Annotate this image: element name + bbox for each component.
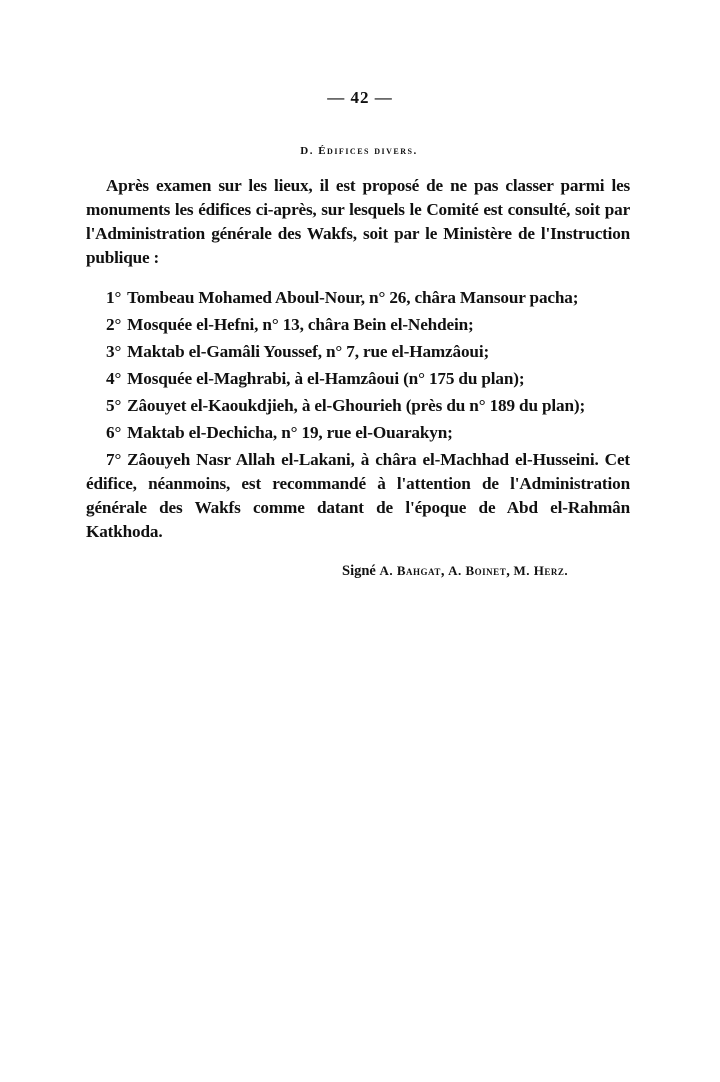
item-number: 5° [106, 396, 121, 415]
item-number: 3° [106, 342, 121, 361]
item-text: Tombeau Mohamed Aboul-Nour, n° 26, châra… [127, 288, 578, 307]
list-item: 1°Tombeau Mohamed Aboul-Nour, n° 26, châ… [86, 286, 630, 310]
signature: Signé A. Bahgat, A. Boinet, M. Herz. [342, 563, 568, 580]
signature-prefix: Signé [342, 563, 376, 579]
list-item: 2°Mosquée el-Hefni, n° 13, châra Bein el… [86, 313, 630, 337]
item-text: Zâouyeh Nasr Allah el-Lakani, à châra el… [86, 450, 630, 541]
item-text: Maktab el-Dechicha, n° 19, rue el-Ouarak… [127, 423, 453, 442]
list-item: 4°Mosquée el-Maghrabi, à el-Hamzâoui (n°… [86, 367, 630, 391]
section-heading: D. Édifices divers. [0, 145, 718, 157]
item-text: Maktab el-Gamâli Youssef, n° 7, rue el-H… [127, 342, 489, 361]
list-item: 7°Zâouyeh Nasr Allah el-Lakani, à châra … [86, 448, 630, 544]
item-text: Mosquée el-Hefni, n° 13, châra Bein el-N… [127, 315, 473, 334]
signatory: M. Herz. [513, 563, 568, 578]
item-number: 2° [106, 315, 121, 334]
intro-paragraph: Après examen sur les lieux, il est propo… [86, 174, 630, 270]
item-text: Zâouyet el-Kaoukdjieh, à el-Ghourieh (pr… [127, 396, 585, 415]
edifice-list: 1°Tombeau Mohamed Aboul-Nour, n° 26, châ… [86, 286, 630, 547]
page-number: — 42 — [0, 88, 720, 108]
signatory: A. Bahgat [379, 563, 440, 578]
list-item: 3°Maktab el-Gamâli Youssef, n° 7, rue el… [86, 340, 630, 364]
item-number: 6° [106, 423, 121, 442]
item-number: 7° [106, 450, 121, 469]
list-item: 5°Zâouyet el-Kaoukdjieh, à el-Ghourieh (… [86, 394, 630, 418]
list-item: 6°Maktab el-Dechicha, n° 19, rue el-Ouar… [86, 421, 630, 445]
item-text: Mosquée el-Maghrabi, à el-Hamzâoui (n° 1… [127, 369, 524, 388]
item-number: 1° [106, 288, 121, 307]
item-number: 4° [106, 369, 121, 388]
signatory: A. Boinet [448, 563, 506, 578]
